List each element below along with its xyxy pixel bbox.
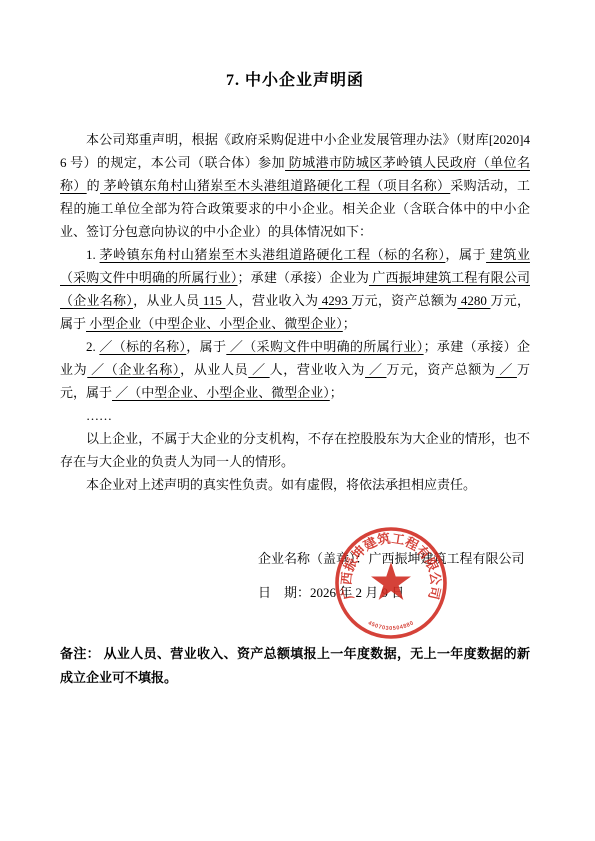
list-item-2: 2. ／（标的名称），属于 ／（采购文件中明确的所属行业）；承建（承接）企业为 … — [60, 335, 530, 404]
signature-date-line: 日 期：2026 年 2 月 9 日 — [258, 576, 530, 610]
text-segment: ／ — [365, 362, 386, 377]
text-segment: ；承建（承接）企业为 — [238, 270, 369, 285]
text-segment: 4280 — [457, 293, 490, 308]
text-segment: 1. — [86, 247, 100, 262]
text-segment: 人，营业收入为 — [270, 362, 365, 377]
text-segment: 的 — [87, 178, 100, 193]
note-remark: 备注： 从业人员、营业收入、资产总额填报上一年度数据，无上一年度数据的新成立企业… — [60, 642, 530, 690]
text-segment: 115 — [199, 293, 225, 308]
text-segment: 万元，资产总额为 — [351, 293, 457, 308]
paragraph-responsibility: 本企业对上述声明的真实性负责。如有虚假，将依法承担相应责任。 — [60, 473, 530, 496]
text-segment: ／（采购文件中明确的所属行业） — [226, 339, 423, 354]
text-segment: 茅岭镇东角村山猪岽至木头港组道路硬化工程（项目名称） — [100, 178, 450, 193]
text-segment: ，从业人员 — [133, 293, 199, 308]
text-segment: ，从业人员 — [180, 362, 248, 377]
list-item-1: 1. 茅岭镇东角村山猪岽至木头港组道路硬化工程（标的名称），属于 建筑业 （采购… — [60, 243, 530, 335]
signature-company-line: 企业名称（盖章）：广西振坤建筑工程有限公司 — [258, 542, 530, 576]
text-segment: ，属于 — [445, 247, 486, 262]
text-segment: 茅岭镇东角村山猪岽至木头港组道路硬化工程（标的名称） — [100, 247, 446, 262]
text-segment: 万元，资产总额为 — [386, 362, 495, 377]
text-segment: ／（标的名称） — [99, 339, 186, 354]
text-segment: ／（中型企业、小型企业、微型企业） — [112, 385, 330, 400]
paragraph-declaration-intro: 本公司郑重声明，根据《政府采购促进中小企业发展管理办法》（财库[2020]46 … — [60, 128, 530, 243]
text-segment: ，属于 — [186, 339, 226, 354]
ellipsis-line: …… — [60, 404, 530, 427]
note-text: 从业人员、营业收入、资产总额填报上一年度数据，无上一年度数据的新成立企业可不填报… — [60, 646, 530, 685]
text-segment: ／ — [496, 362, 517, 377]
text-segment: ／ — [248, 362, 269, 377]
signature-block: 企业名称（盖章）：广西振坤建筑工程有限公司 日 期：2026 年 2 月 9 日 — [258, 542, 530, 610]
note-label: 备注： — [60, 646, 100, 661]
text-segment: 人，营业收入为 — [225, 293, 318, 308]
document-title: 7. 中小企业声明函 — [60, 70, 530, 92]
document-body: 7. 中小企业声明函 本公司郑重声明，根据《政府采购促进中小企业发展管理办法》（… — [60, 70, 530, 690]
text-segment: ／（企业名称） — [87, 362, 180, 377]
page: { "accent_color": "#d0281e", "doc": { "t… — [0, 0, 595, 841]
text-segment: 4293 — [318, 293, 351, 308]
paragraph-not-large-enterprise: 以上企业，不属于大企业的分支机构，不存在控股股东为大企业的情形，也不存在与大企业… — [60, 427, 530, 473]
text-segment: ； — [330, 385, 343, 400]
text-segment: 小型企业（中型企业、小型企业、微型企业） — [86, 316, 343, 331]
text-segment: ； — [343, 316, 356, 331]
text-segment: 2. — [86, 339, 99, 354]
